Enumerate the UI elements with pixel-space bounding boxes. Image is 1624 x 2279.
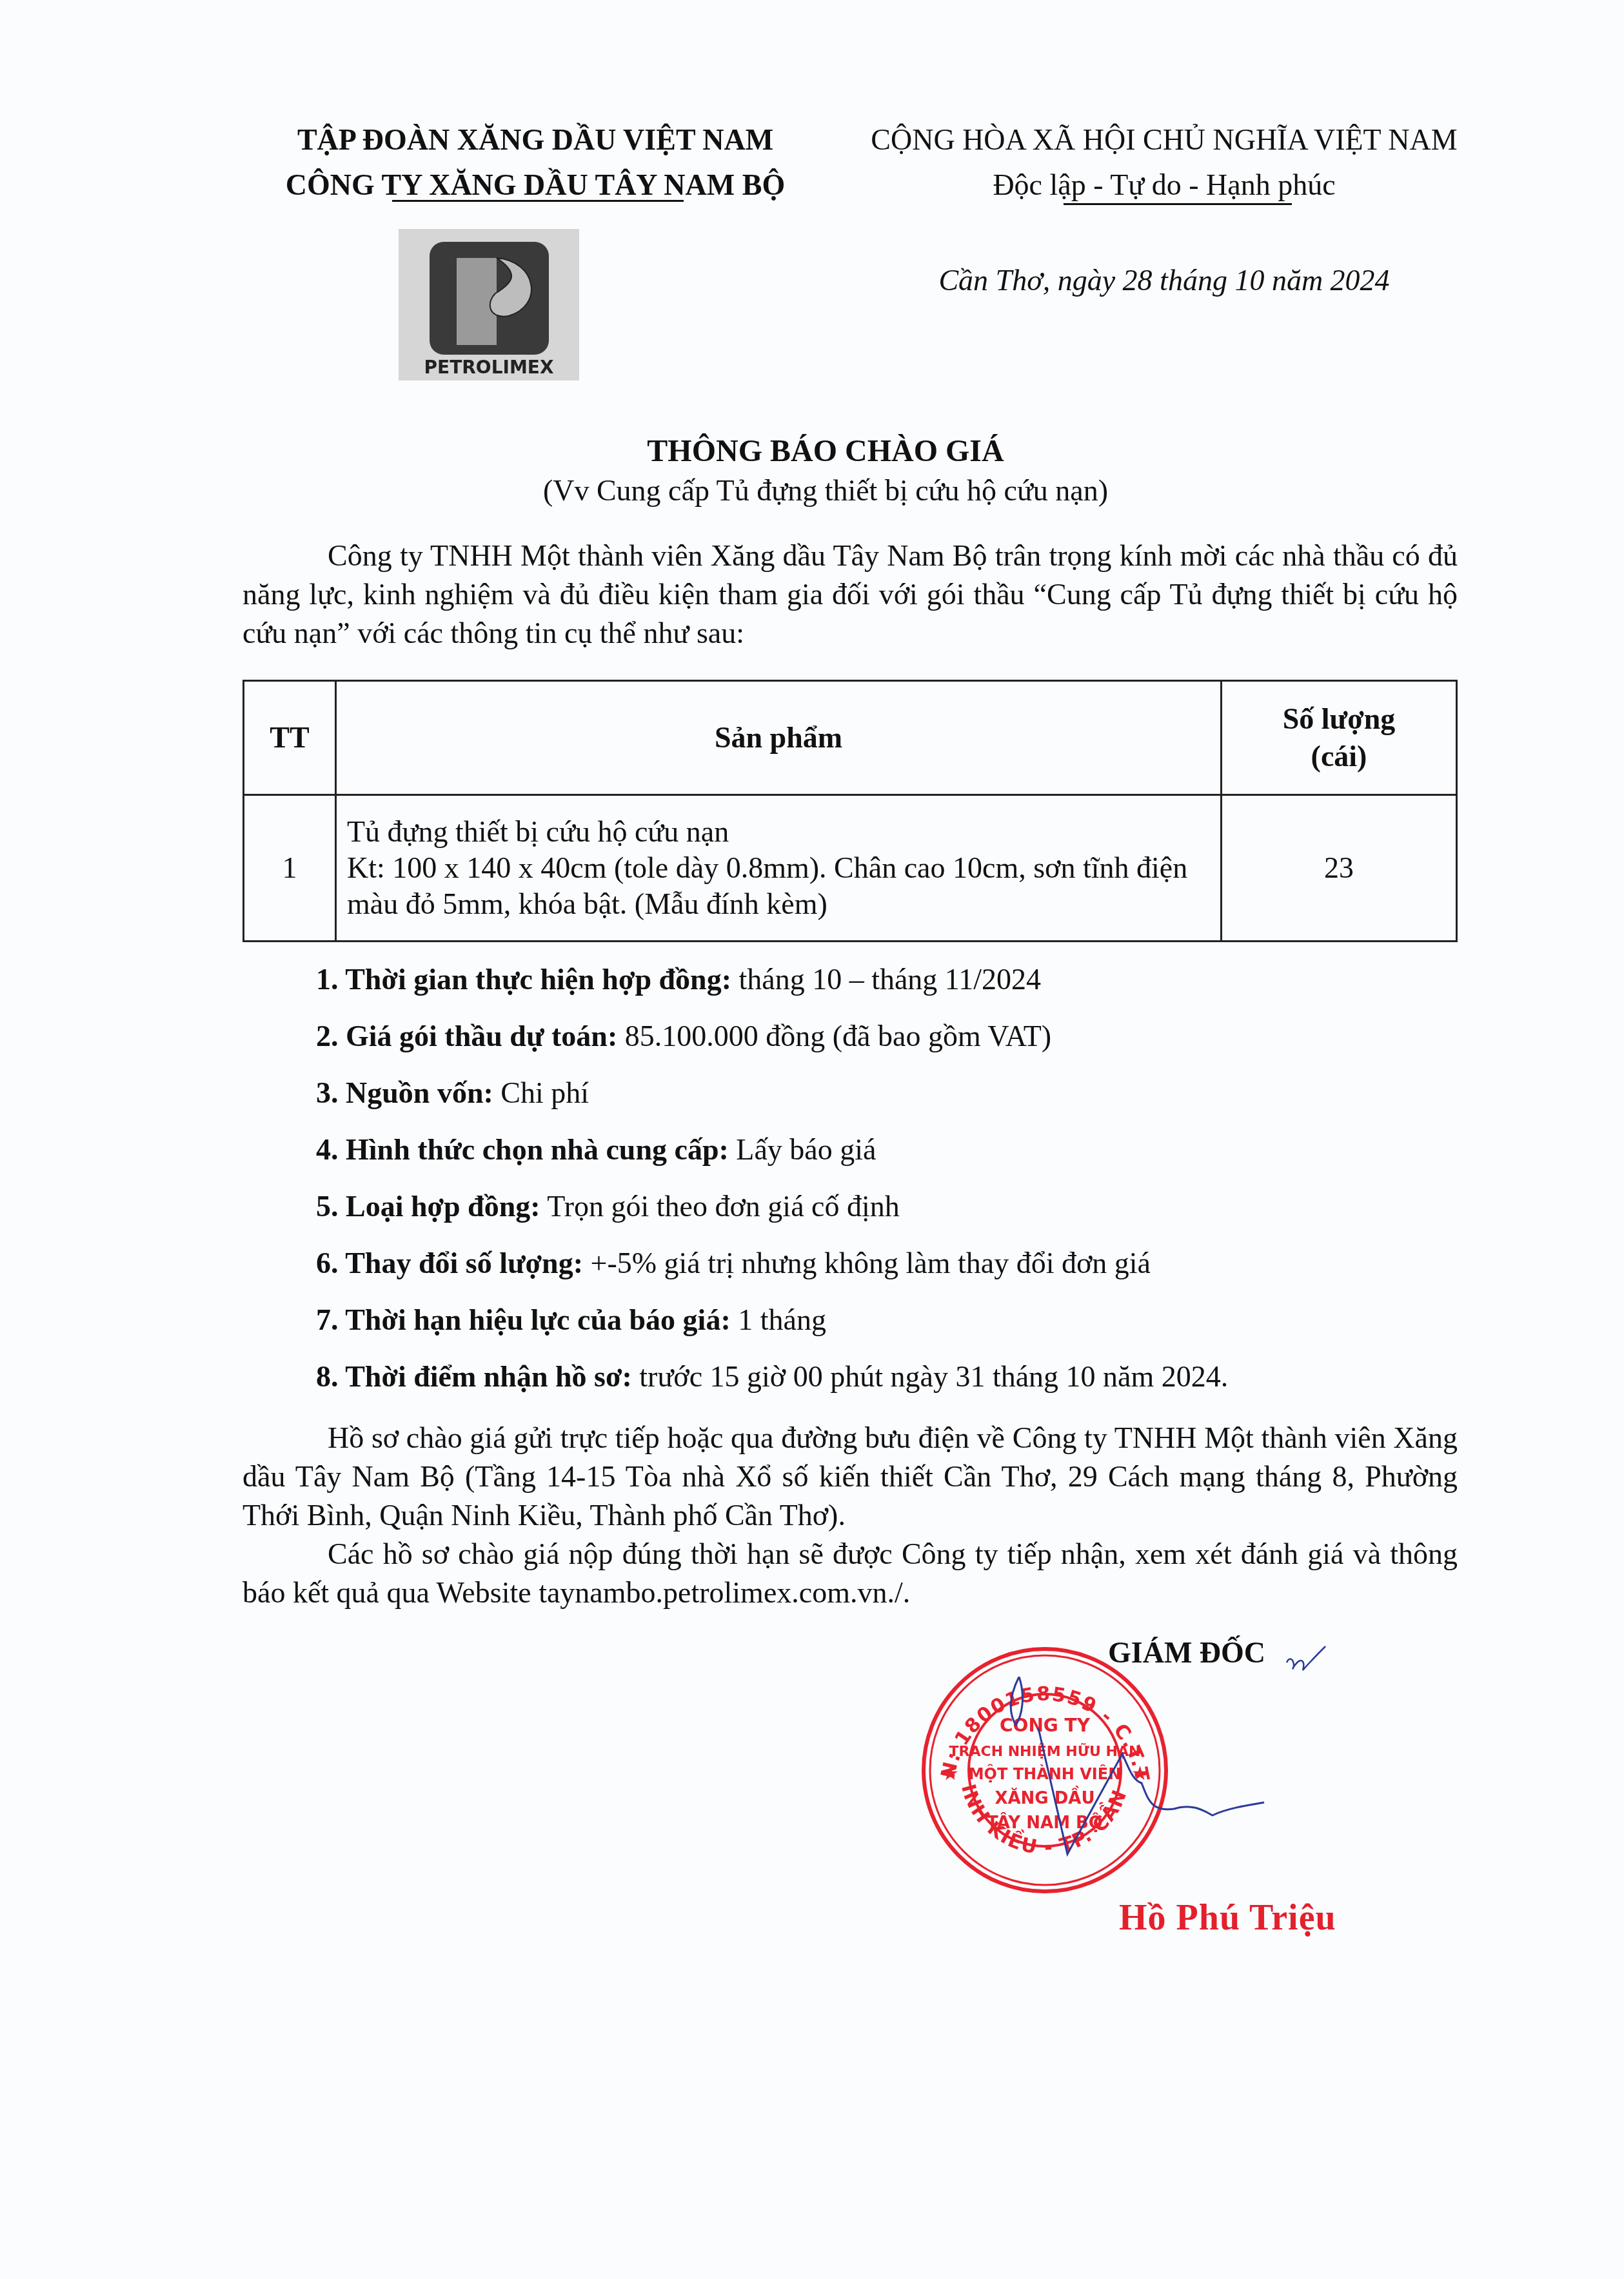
evaluation-paragraph: Các hồ sơ chào giá nộp đúng thời hạn sẽ … bbox=[243, 1535, 1458, 1612]
list-item: 1. Thời gian thực hiện hợp đồng: tháng 1… bbox=[316, 961, 1464, 1018]
table-row: 1 Tủ đựng thiết bị cứu hộ cứu nạn Kt: 10… bbox=[244, 795, 1457, 942]
logo-wordmark: PETROLIMEX bbox=[424, 357, 554, 378]
list-item: 3. Nguồn vốn: Chi phí bbox=[316, 1074, 1464, 1131]
list-item: 5. Loại hợp đồng: Trọn gói theo đơn giá … bbox=[316, 1188, 1464, 1245]
document-subject: (Vv Cung cấp Tủ đựng thiết bị cứu hộ cứu… bbox=[245, 473, 1406, 508]
initials-mark bbox=[1283, 1643, 1329, 1675]
document-title: THÔNG BÁO CHÀO GIÁ bbox=[245, 433, 1406, 469]
signer-name: Hồ Phú Triệu bbox=[1119, 1897, 1336, 1939]
list-item: 7. Thời hạn hiệu lực của báo giá: 1 thán… bbox=[316, 1301, 1464, 1358]
parent-organization: TẬP ĐOÀN XĂNG DẦU VIỆT NAM bbox=[245, 117, 826, 163]
product-spec: Kt: 100 x 140 x 40cm (tole dày 0.8mm). C… bbox=[347, 850, 1220, 922]
header-tt: TT bbox=[244, 681, 336, 795]
national-header: CỘNG HÒA XÃ HỘI CHỦ NGHĨA VIỆT NAM Độc l… bbox=[845, 117, 1483, 208]
product-description: Tủ đựng thiết bị cứu hộ cứu nạn Kt: 100 … bbox=[336, 795, 1222, 942]
svg-text:★: ★ bbox=[942, 1762, 959, 1785]
list-item: 2. Giá gói thầu dự toán: 85.100.000 đồng… bbox=[316, 1018, 1464, 1074]
issuer-header: TẬP ĐOÀN XĂNG DẦU VIỆT NAM CÔNG TY XĂNG … bbox=[245, 117, 826, 208]
terms-list: 1. Thời gian thực hiện hợp đồng: tháng 1… bbox=[316, 961, 1464, 1415]
list-item: 4. Hình thức chọn nhà cung cấp: Lấy báo … bbox=[316, 1131, 1464, 1188]
national-motto: Độc lập - Tự do - Hạnh phúc bbox=[845, 163, 1483, 208]
list-item: 6. Thay đổi số lượng: +-5% giá trị nhưng… bbox=[316, 1245, 1464, 1301]
product-name: Tủ đựng thiết bị cứu hộ cứu nạn bbox=[347, 814, 1220, 850]
intro-paragraph: Công ty TNHH Một thành viên Xăng dầu Tây… bbox=[243, 537, 1458, 653]
product-table: TT Sản phẩm Số lượng (cái) 1 Tủ đựng thi… bbox=[243, 680, 1458, 942]
nation-name: CỘNG HÒA XÃ HỘI CHỦ NGHĨA VIỆT NAM bbox=[845, 117, 1483, 163]
petrolimex-logo: PETROLIMEX bbox=[399, 229, 579, 380]
product-quantity: 23 bbox=[1222, 795, 1457, 942]
table-header-row: TT Sản phẩm Số lượng (cái) bbox=[244, 681, 1457, 795]
handwritten-signature bbox=[967, 1677, 1303, 1896]
header-product: Sản phẩm bbox=[336, 681, 1222, 795]
submission-paragraph: Hồ sơ chào giá gửi trực tiếp hoặc qua đư… bbox=[243, 1419, 1458, 1535]
header-quantity: Số lượng (cái) bbox=[1222, 681, 1457, 795]
place-and-date: Cần Thơ, ngày 28 tháng 10 năm 2024 bbox=[845, 263, 1483, 297]
row-number: 1 bbox=[244, 795, 336, 942]
signer-title: GIÁM ĐỐC bbox=[1108, 1635, 1265, 1670]
list-item: 8. Thời điểm nhận hồ sơ: trước 15 giờ 00… bbox=[316, 1358, 1464, 1415]
company-underline bbox=[392, 200, 684, 202]
motto-underline bbox=[1064, 203, 1292, 205]
